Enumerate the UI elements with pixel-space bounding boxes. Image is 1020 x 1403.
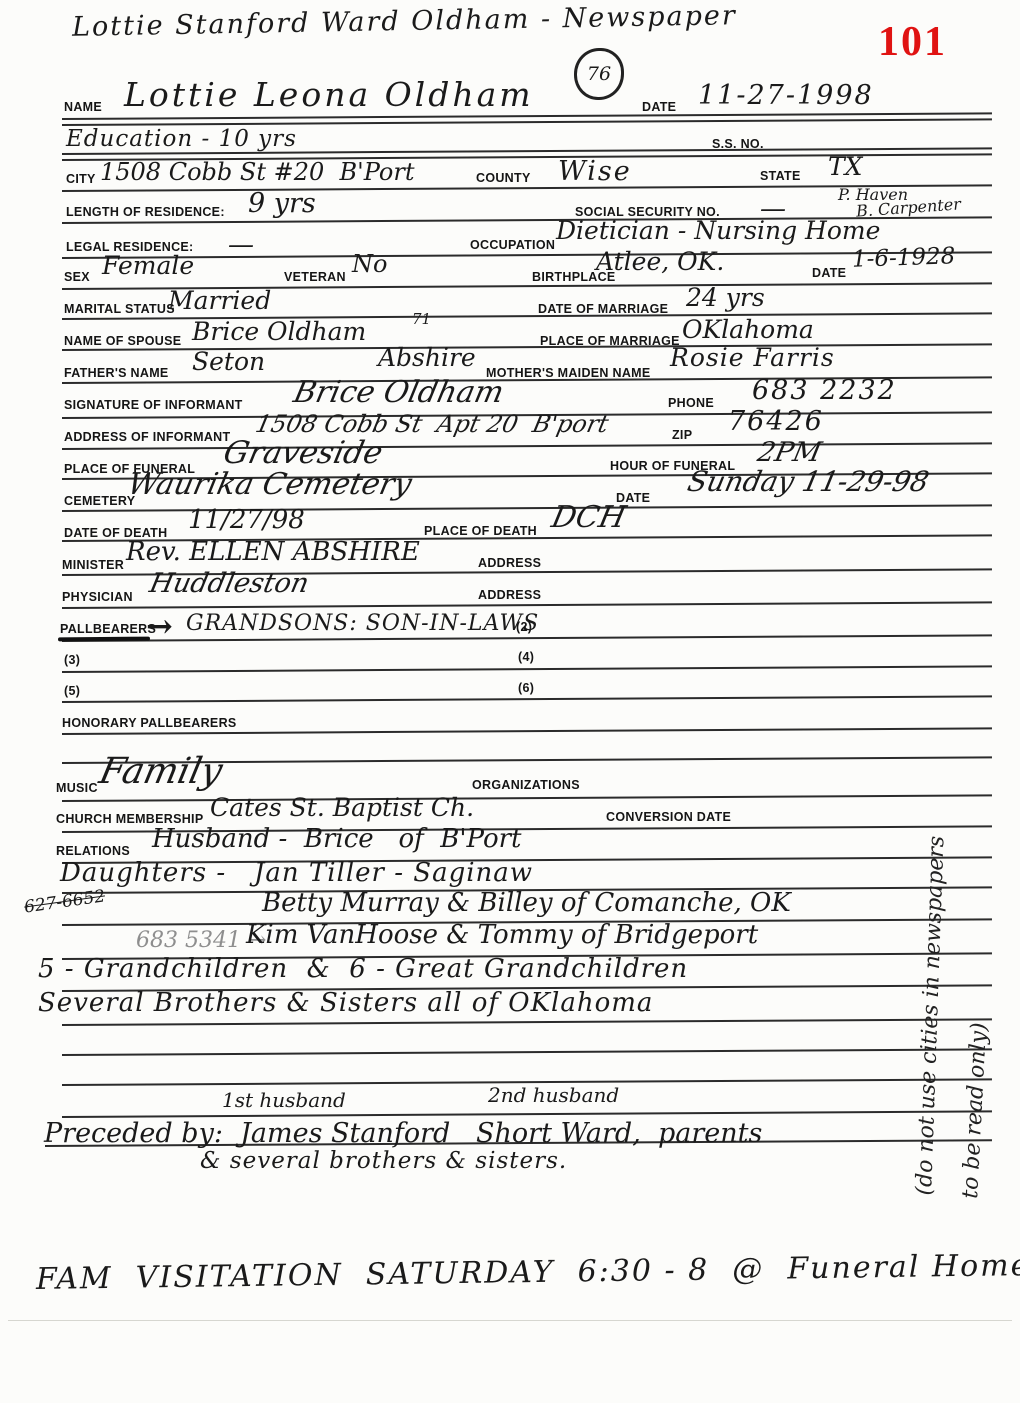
visitation-note: FAM VISITATION SATURDAY 6:30 - 8 @ Funer… [36,1251,1020,1295]
name-value: Lottie Leona Oldham [124,78,534,111]
marital-status-value: Married [168,288,271,313]
rule-line [62,665,992,673]
signature-of-informant-value: Brice Oldham [291,378,507,408]
funeral-date-value: Sunday 11-29-98 [685,468,931,496]
pallbearer-6-label: (6) [518,681,534,695]
pallbearer-5-label: (5) [64,684,80,698]
zip-label: ZIP [672,428,692,442]
birthplace-value: Atlee, OK. [596,249,724,274]
marital-status-label: MARITAL STATUS [64,302,175,316]
preceded-by-line2: & several brothers & sisters. [200,1150,567,1173]
sex-value: Female [102,253,194,278]
city-label: CITY [66,172,96,186]
pallbearers-value: GRANDSONS: SON-IN-LAWS [186,613,539,635]
second-husband-note: 2nd husband [488,1085,619,1105]
name-of-spouse-label: NAME OF SPOUSE [64,334,181,348]
address-of-informant-label: ADDRESS OF INFORMANT [64,430,230,444]
mothers-maiden-name-value: Rosie Farris [670,345,835,370]
rule-line [8,1320,1012,1321]
state-label: STATE [760,169,801,183]
city-value: 1508 Cobb St #20 B'Port [100,160,414,184]
address-of-informant-value: 1508 Cobb St Apt 20 B'port [253,412,610,436]
relations-margin-phone-crossed: 627-6652 [23,888,106,916]
rule-line [62,601,992,609]
circled-number-text: 76 [587,63,611,85]
church-membership-value: Cates St. Baptist Ch. [210,795,474,820]
sex-label: SEX [64,270,90,284]
state-value: TX [828,154,862,179]
phone-label: PHONE [668,396,714,410]
veteran-label: VETERAN [284,270,346,284]
county-label: COUNTY [476,171,531,185]
rule-line [62,1048,992,1056]
signature-of-informant-label: SIGNATURE OF INFORMANT [64,398,243,412]
honorary-pallbearers-label: HONORARY PALLBEARERS [62,716,237,730]
date-of-marriage-value: 24 yrs [686,285,765,310]
relations-value: Husband - Brice of B'Port [152,826,522,852]
legal-residence-value: — [228,232,254,258]
ss-no-label: S.S. NO. [712,137,764,151]
relations-label: RELATIONS [56,844,130,858]
date-of-marriage-label: DATE OF MARRIAGE [538,302,668,316]
county-value: Wise [558,158,632,185]
music-value: Family [96,754,225,790]
organizations-label: ORGANIZATIONS [472,778,580,792]
pallbearers-label: PALLBEARERS [60,622,156,636]
pallbearer-2-label: (2) [516,620,532,634]
fathers-name-label: FATHER'S NAME [64,366,169,380]
physician-label: PHYSICIAN [62,590,133,604]
rule-line [62,695,992,703]
first-husband-note: 1st husband [222,1090,346,1110]
relations-siblings: Several Brothers & Sisters all of OKlaho… [38,990,653,1016]
minister-value: Rev. ELLEN ABSHIRE [126,539,420,565]
place-of-marriage-value: OKlahoma [682,317,814,342]
rule-line [62,794,992,802]
page-number: 101 [878,18,947,66]
physician-address-label: ADDRESS [478,588,541,602]
rule-line [62,1018,992,1026]
physician-value: Huddleston [147,570,311,597]
birth-date-value: 1-6-1928 [852,245,956,272]
title-note: Lottie Stanford Ward Oldham - Newspaper [72,2,737,41]
hour-of-funeral-value: 2PM [755,439,824,466]
music-label: MUSIC [56,781,98,795]
minister-address-label: ADDRESS [478,556,541,570]
circled-number: 76 [574,48,624,100]
place-of-marriage-label: PLACE OF MARRIAGE [540,334,680,348]
margin-note-line1: (do not use cities in newspapers [912,835,950,1195]
fathers-name-last: Abshire [378,345,476,370]
pallbearer-4-label: (4) [518,650,534,664]
name-of-spouse-note: 71 [412,312,431,327]
education-value: Education - 10 yrs [66,128,297,151]
place-of-death-label: PLACE OF DEATH [424,524,537,538]
relations-grandchildren: 5 - Grandchildren & 6 - Great Grandchild… [38,956,688,982]
zip-value: 76426 [728,408,824,435]
name-label: NAME [64,100,102,114]
length-of-residence-label: LENGTH OF RESIDENCE: [66,205,225,219]
occupation-label: OCCUPATION [470,238,555,252]
cemetery-value: Waurika Cemetery [125,470,414,500]
fathers-name-first: Seton [192,349,265,374]
phone-value: 683 2232 [752,377,897,404]
rule-line [62,1110,992,1118]
relations-kim: Kim VanHoose & Tommy of Bridgeport [246,922,758,948]
rule-line [62,118,992,126]
birth-date-label: DATE [812,266,846,280]
preceded-by-line1: Preceded by: James Stanford Short Ward, … [44,1120,762,1147]
place-of-funeral-value: Graveside [221,438,386,469]
relations-daughters: Daughters - Jan Tiller - Saginaw [60,860,533,886]
date-of-death-value: 11/27/98 [188,507,305,533]
pallbearers-arrow-icon: → [146,610,173,642]
mothers-maiden-name-label: MOTHER'S MAIDEN NAME [486,366,651,380]
record-date-label: DATE [642,100,676,114]
document-page: Lottie Stanford Ward Oldham - Newspaper … [0,0,1020,1403]
place-of-death-value: DCH [549,503,629,533]
record-date-value: 11-27-1998 [698,82,874,109]
pallbearer-3-label: (3) [64,653,80,667]
conversion-date-label: CONVERSION DATE [606,810,731,824]
pallbearers-underline [58,637,150,642]
length-of-residence-value: 9 yrs [248,190,316,217]
occupation-value: Dietician - Nursing Home [556,218,880,243]
name-of-spouse-value: Brice Oldham [192,319,366,344]
veteran-value: No [352,252,387,276]
minister-label: MINISTER [62,558,124,572]
relations-betty: Betty Murray & Billey of Comanche, OK [262,890,791,916]
